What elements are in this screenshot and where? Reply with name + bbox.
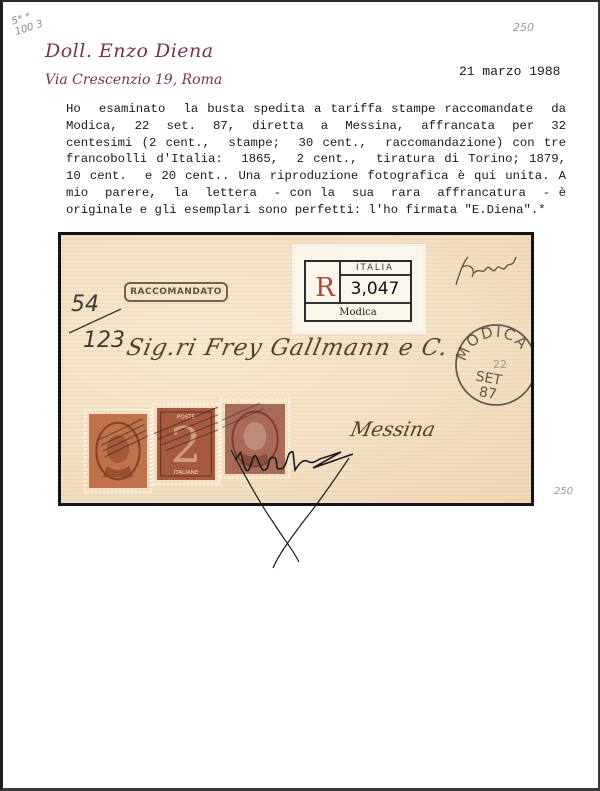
body-line: Ho esaminato la busta spedita a tariffa … xyxy=(66,101,566,118)
destination-script: Messina xyxy=(348,417,437,441)
umberto-portrait-icon xyxy=(222,401,288,477)
registration-country: ITALIA xyxy=(342,262,408,274)
stamp-2-cent: 2 POSTE ITALIANE xyxy=(152,403,220,485)
pencil-price-side: 250 xyxy=(554,486,573,497)
manuscript-note-glyph xyxy=(452,251,522,289)
registration-office: Modica xyxy=(306,304,410,322)
postmark-cds: MODICA 22 SET 87 xyxy=(453,322,534,408)
envelope-photo: 54 123 RACCOMANDATO R ITALIA 3,047 Modic… xyxy=(58,232,534,506)
letterhead-name: Doll. Enzo Diena xyxy=(45,40,214,62)
body-line: centesimi (2 cent., stampe; 30 cent., ra… xyxy=(66,135,566,152)
body-line: francobolli d'Italia: 1865, 2 cent., tir… xyxy=(66,151,566,168)
modica-postmark: MODICA 22 SET 87 xyxy=(453,322,534,408)
registration-label-frame: R ITALIA 3,047 Modica xyxy=(304,260,412,322)
certificate-date: 21 marzo 1988 xyxy=(459,64,560,79)
svg-text:54: 54 xyxy=(71,292,99,317)
certificate-body: Ho esaminato la busta spedita a tariffa … xyxy=(66,101,566,219)
certificate-page: 5* * 100 3 250 Doll. Enzo Diena Via Cres… xyxy=(0,0,600,791)
pencil-note-54-123: 54 123 xyxy=(69,283,131,363)
body-line: mio parere, la lettera - con la sua rara… xyxy=(66,185,566,202)
label-divider xyxy=(339,262,341,302)
body-line: Modica, 22 set. 87, diretta a Messina, a… xyxy=(66,118,566,135)
letterhead-address: Via Crescenzio 19, Roma xyxy=(45,72,222,88)
umberto-portrait-icon xyxy=(86,411,150,491)
svg-text:ITALIANE: ITALIANE xyxy=(174,470,199,476)
registration-label: R ITALIA 3,047 Modica xyxy=(295,247,423,331)
manuscript-stampe-note xyxy=(452,251,522,289)
pencil-note-glyphs: 54 123 xyxy=(69,283,131,363)
stamp-10-cent xyxy=(220,399,290,479)
stamp-20-cent xyxy=(84,409,152,493)
svg-text:123: 123 xyxy=(83,328,125,353)
pencil-reference-note: 5* * 100 3 xyxy=(10,8,44,38)
raccomandato-handstamp: RACCOMANDATO xyxy=(124,282,228,302)
addressee-script: Sig.ri Frey Gallmann e C. xyxy=(124,335,450,361)
stamps-group: 2 POSTE ITALIANE xyxy=(84,403,298,503)
svg-text:87: 87 xyxy=(478,384,498,403)
numeral-2-icon: 2 POSTE ITALIANE xyxy=(154,405,218,483)
svg-text:22: 22 xyxy=(493,358,507,371)
body-line: originale e gli esemplari sono perfetti:… xyxy=(66,202,566,219)
registration-number: 3,047 xyxy=(342,276,408,302)
pencil-price-top: 250 xyxy=(513,21,534,34)
body-line: 10 cent. e 20 cent.. Una riproduzione fo… xyxy=(66,168,566,185)
